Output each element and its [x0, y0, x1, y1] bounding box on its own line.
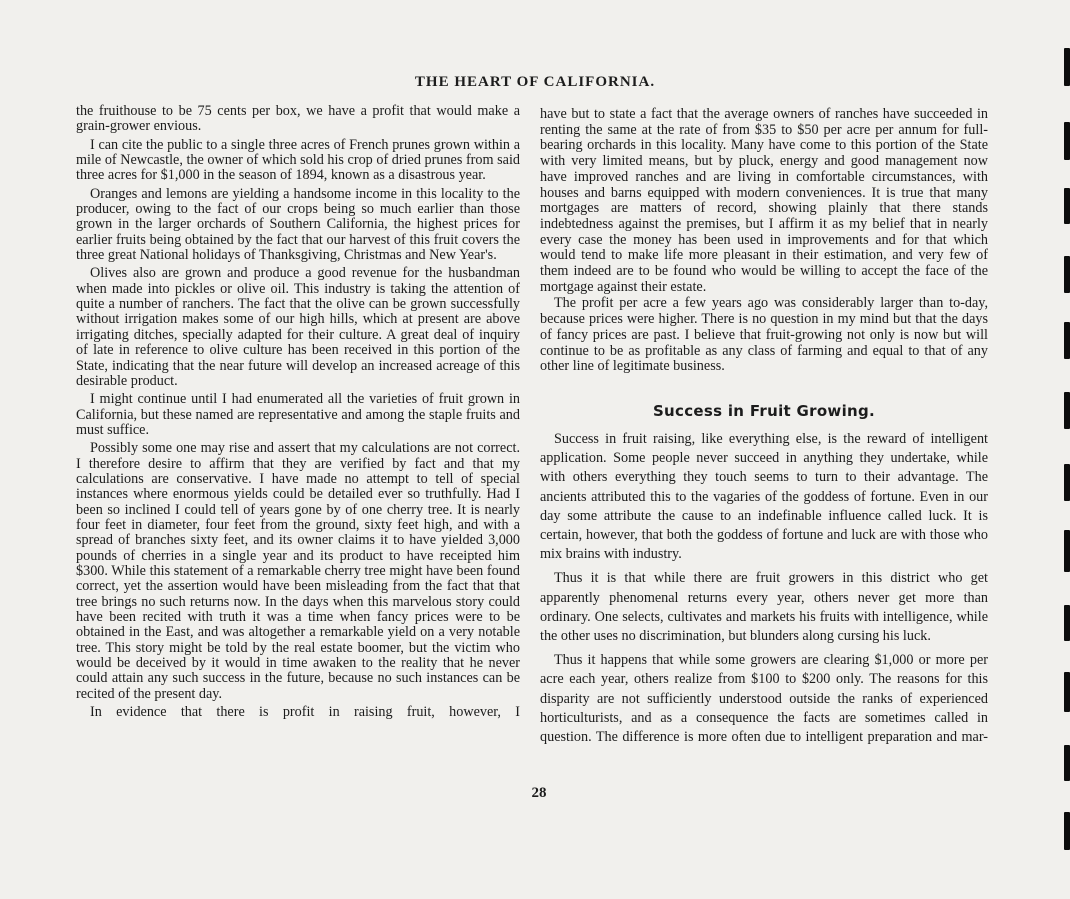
- binding-hole: [1064, 188, 1070, 224]
- binding-hole: [1064, 48, 1070, 86]
- section-heading: Success in Fruit Growing.: [540, 402, 988, 420]
- paragraph: Thus it is that while there are fruit gr…: [540, 569, 988, 646]
- left-column: the fruithouse to be 75 cents per box, w…: [76, 104, 520, 720]
- paragraph: the fruithouse to be 75 cents per box, w…: [76, 104, 520, 135]
- paragraph: have but to state a fact that the averag…: [540, 107, 988, 295]
- right-column-section: Success in fruit raising, like everythin…: [540, 430, 988, 747]
- right-column-top: have but to state a fact that the averag…: [540, 107, 988, 375]
- binding-hole: [1064, 530, 1070, 572]
- binding-hole: [1064, 464, 1070, 501]
- paragraph: I can cite the public to a single three …: [76, 138, 520, 184]
- binding-hole: [1064, 122, 1070, 160]
- paragraph: Possibly some one may rise and assert th…: [76, 441, 520, 702]
- binding-hole: [1064, 672, 1070, 712]
- binding-hole: [1064, 256, 1070, 293]
- binding-hole: [1064, 605, 1070, 641]
- running-head: THE HEART OF CALIFORNIA.: [0, 74, 1070, 91]
- paragraph: The profit per acre a few years ago was …: [540, 296, 988, 375]
- paragraph: Thus it happens that while some growers …: [540, 651, 988, 747]
- page-number: 28: [0, 785, 1070, 802]
- binding-hole: [1064, 392, 1070, 429]
- binding-hole: [1064, 745, 1070, 781]
- paragraph: I might continue until I had enumerated …: [76, 392, 520, 438]
- binding-hole: [1064, 322, 1070, 359]
- paragraph: Olives also are grown and produce a good…: [76, 266, 520, 389]
- paragraph: Success in fruit raising, like everythin…: [540, 430, 988, 564]
- paragraph: In evidence that there is profit in rais…: [76, 705, 520, 720]
- paragraph: Oranges and lemons are yielding a handso…: [76, 187, 520, 264]
- binding-hole: [1064, 812, 1070, 850]
